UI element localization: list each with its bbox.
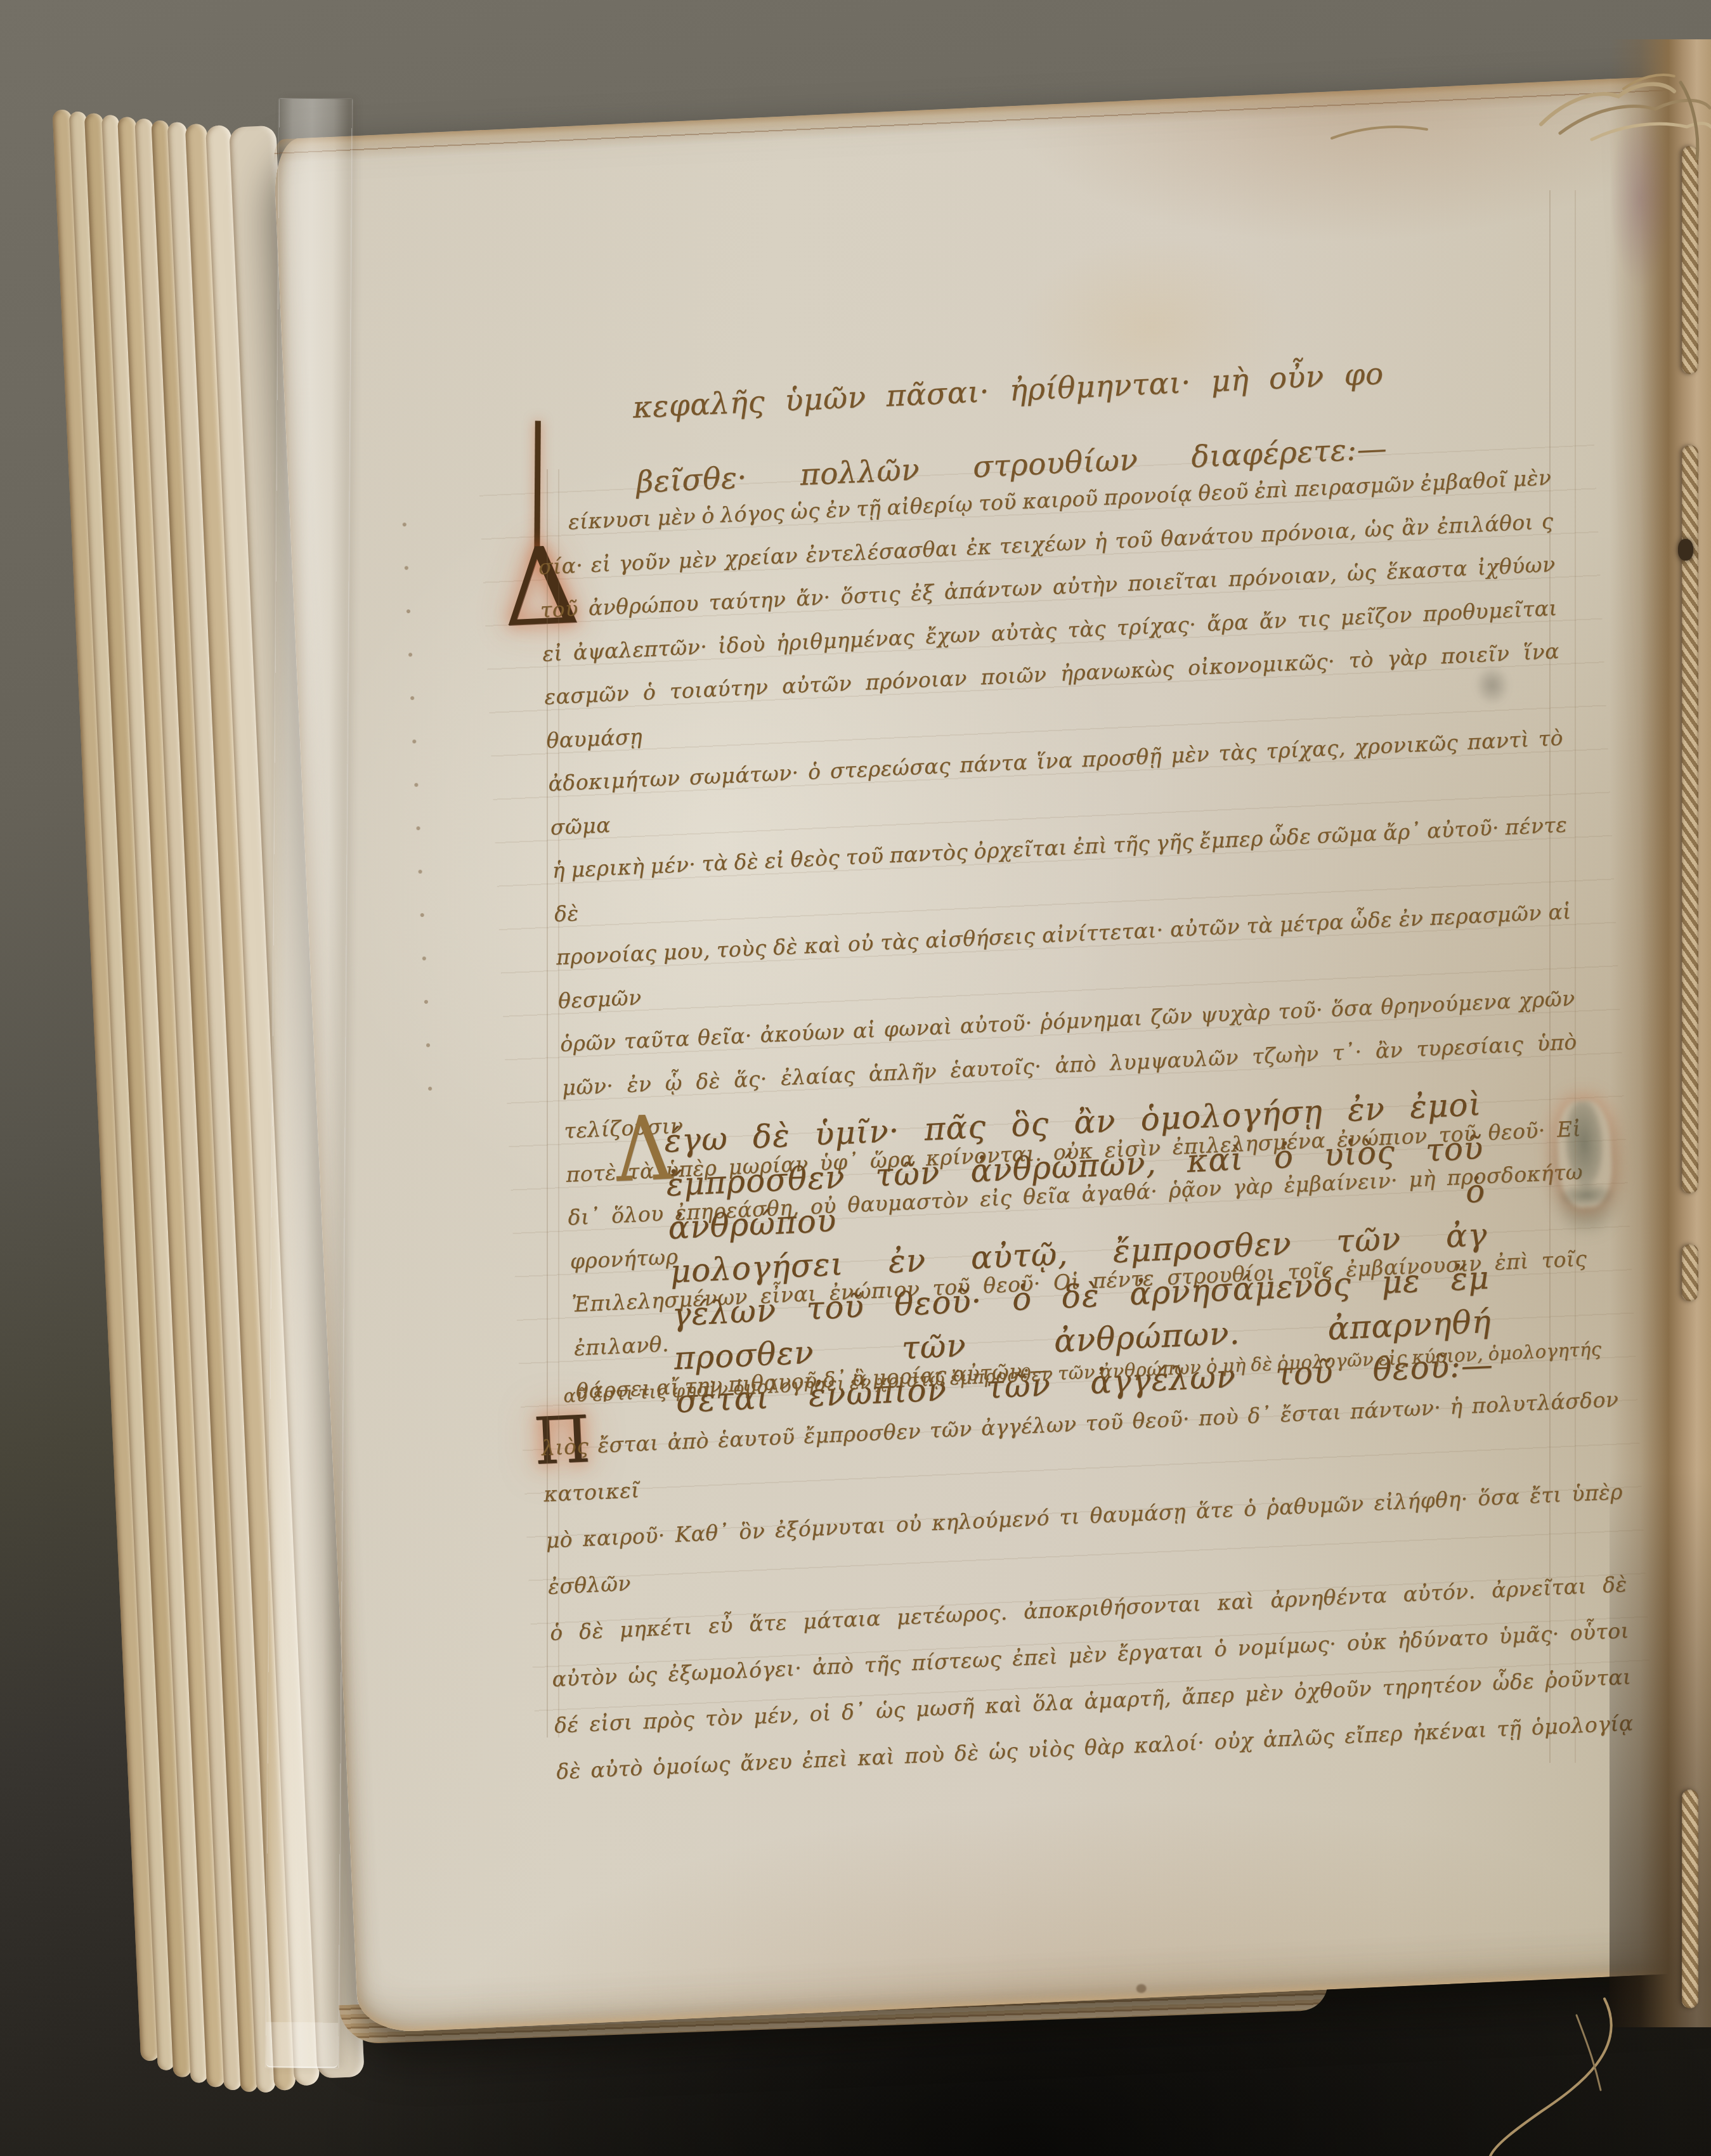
- loose-thread: [1446, 1966, 1674, 2156]
- frayed-thread: [1294, 63, 1711, 197]
- binding-gutter: [1610, 39, 1711, 2027]
- commentary-block-2: λιὸς ἔσται ἀπὸ ἑαυτοῦ ἔμπροσθεν τῶν ἀγγέ…: [540, 1376, 1634, 1795]
- conservation-tape: [266, 99, 352, 2068]
- ink-offset-stain: [1556, 1100, 1614, 1209]
- sewing-cord: [1682, 1244, 1698, 1301]
- ruling-line-vertical: [547, 469, 548, 1737]
- photo-canvas: { "manuscript": { "colors": { "ink": "#7…: [0, 0, 1711, 2156]
- sewing-hole: [1678, 539, 1693, 561]
- ruling-line-vertical: [1549, 190, 1551, 1763]
- manuscript-page: κεφαλῆς ὑμῶν πᾶσαι· ἠρίθμηνται· μὴ οὖν φ…: [273, 76, 1711, 2034]
- prick-marks: [402, 522, 434, 1117]
- manuscript-book: κεφαλῆς ὑμῶν πᾶσαι· ἠρίθμηνται· μὴ οὖν φ…: [273, 76, 1711, 2034]
- small-stain: [1136, 1984, 1147, 1994]
- sewing-cord: [1682, 1789, 1698, 2008]
- ruling-line-vertical: [1575, 190, 1576, 1763]
- ruling-line-vertical: [558, 469, 559, 1737]
